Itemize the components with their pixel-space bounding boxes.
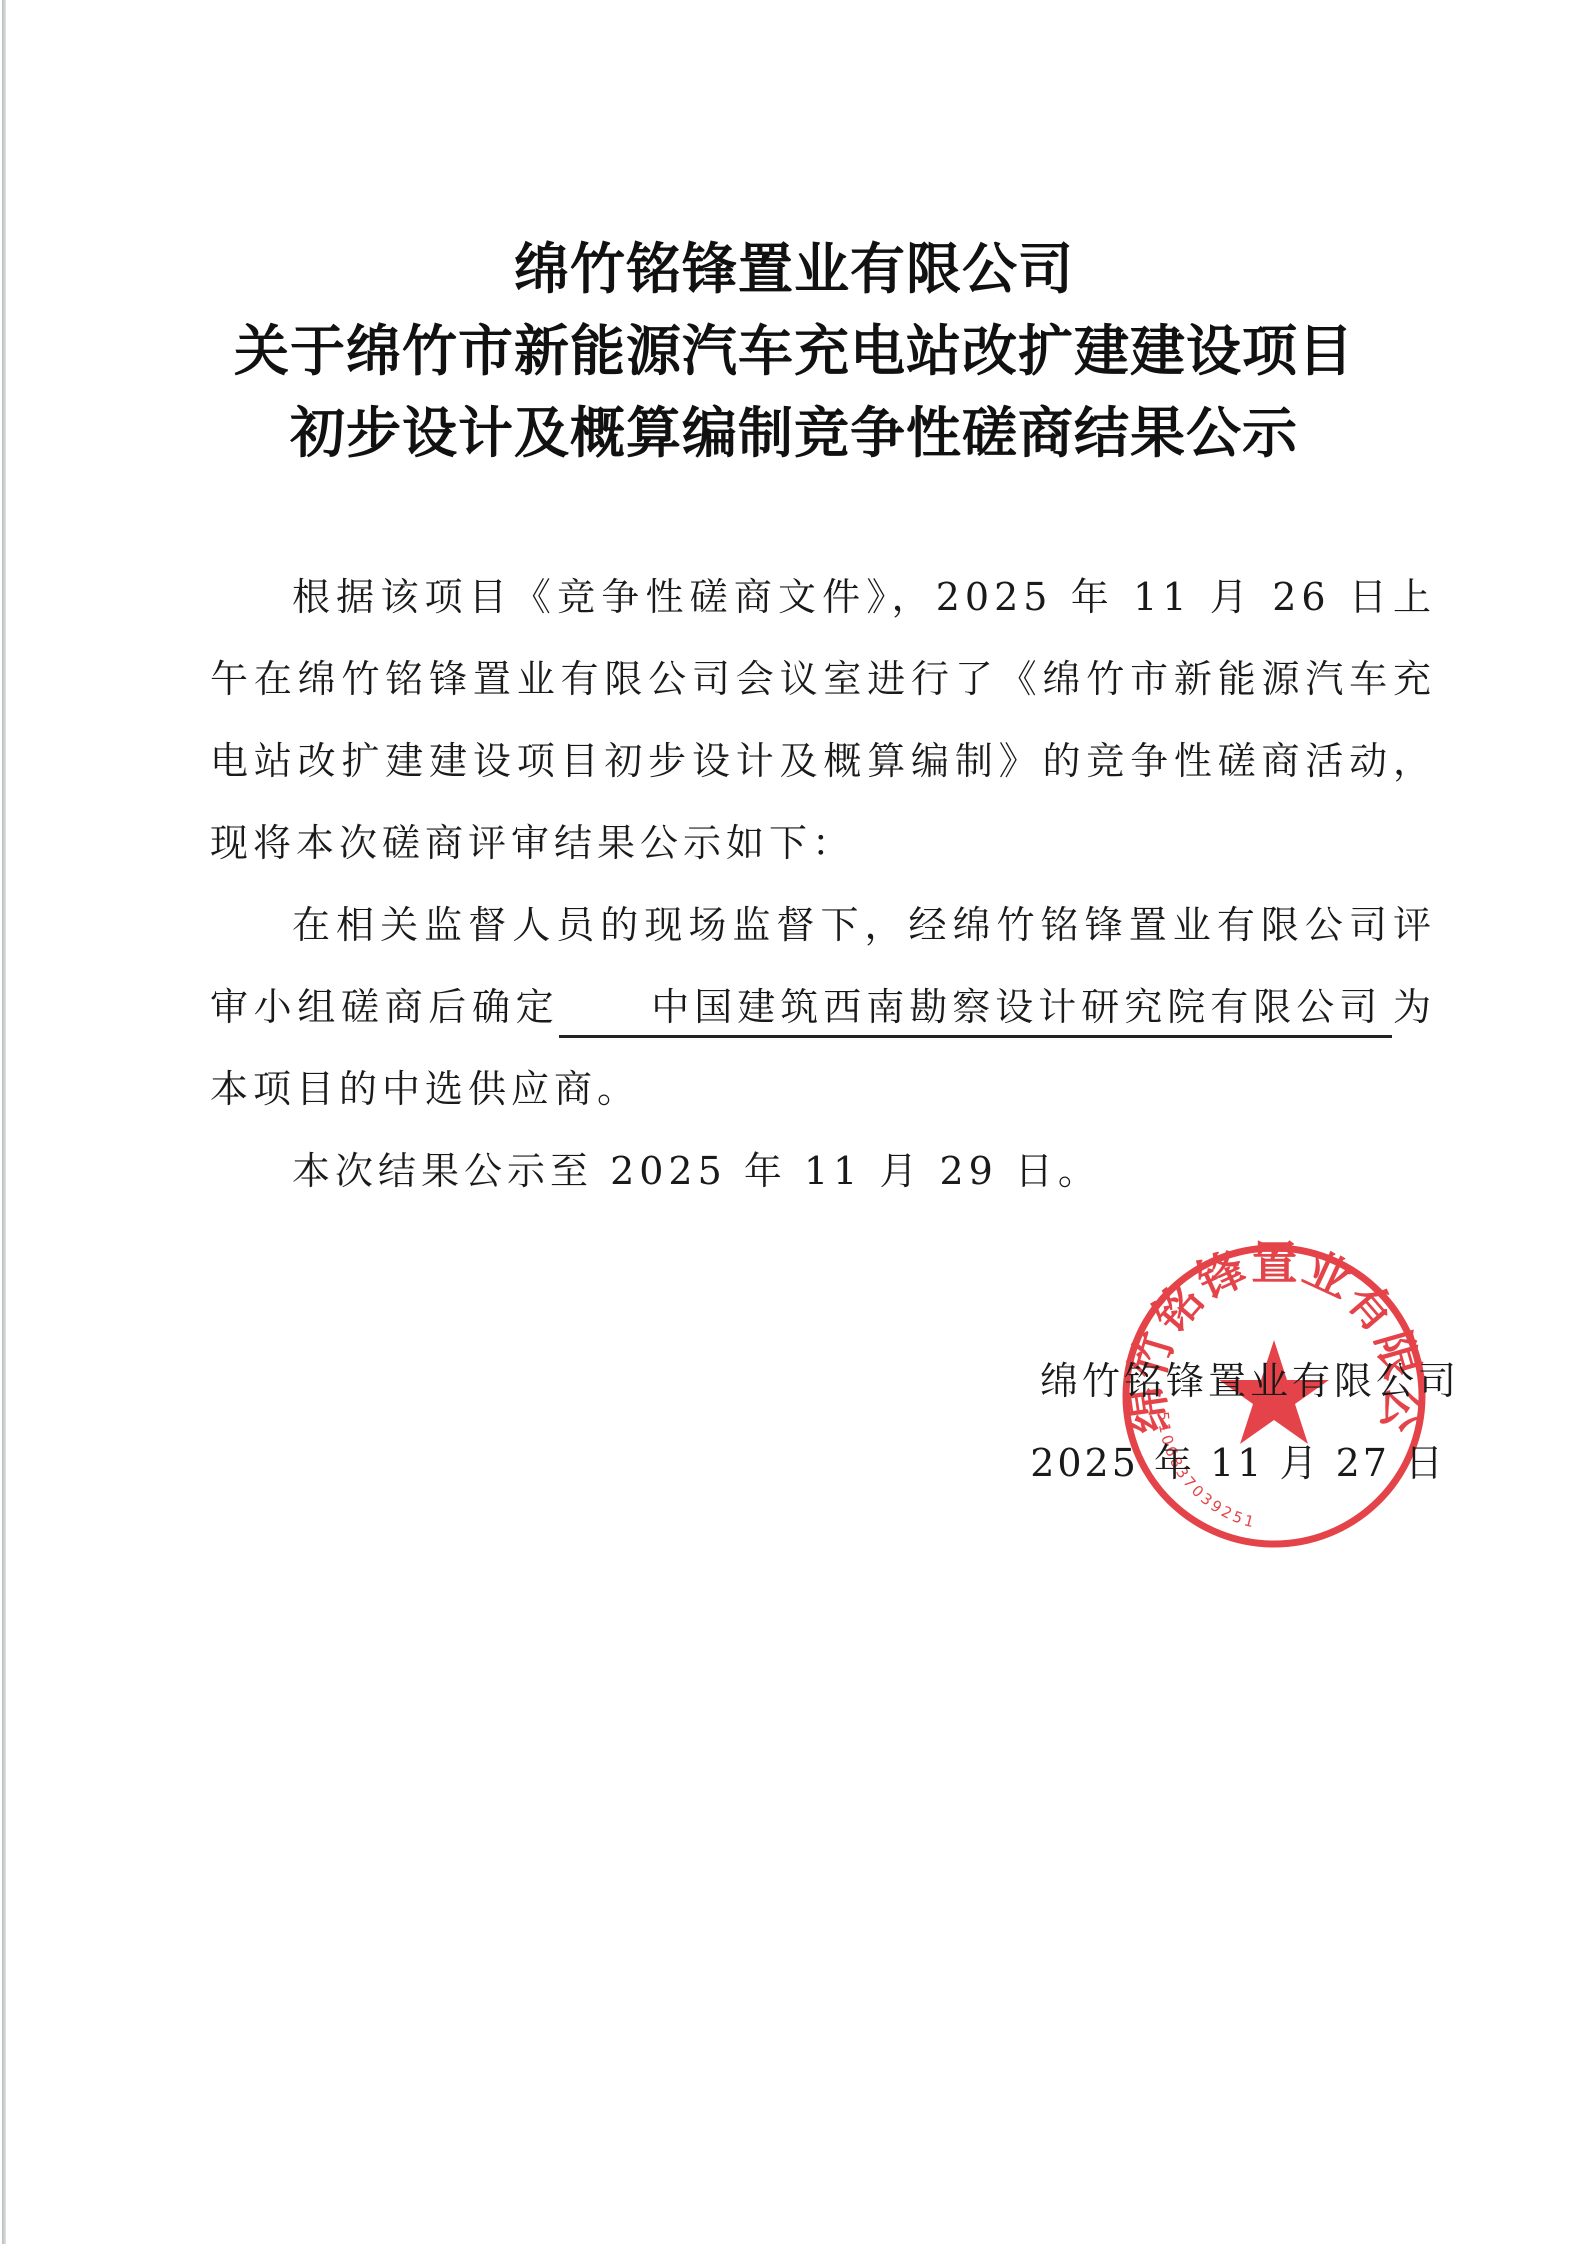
title-line-project: 关于绵竹市新能源汽车充电站改扩建建设项目 (0, 310, 1588, 392)
paragraph-result: 在相关监督人员的现场监督下，经绵竹铭锋置业有限公司评审小组磋商后确定中国建筑西南… (210, 884, 1436, 1130)
document-body: 根据该项目《竞争性磋商文件》，2025 年 11 月 26 日上午在绵竹铭锋置业… (210, 556, 1436, 1212)
paragraph-publicity-period: 本次结果公示至 2025 年 11 月 29 日。 (210, 1130, 1436, 1212)
title-line-company: 绵竹铭锋置业有限公司 (0, 228, 1588, 310)
signature-date: 2025 年 11 月 27 日 (1020, 1422, 1460, 1504)
selected-supplier: 中国建筑西南勘察设计研究院有限公司 (559, 979, 1392, 1038)
document-title: 绵竹铭锋置业有限公司 关于绵竹市新能源汽车充电站改扩建建设项目 初步设计及概算编… (0, 228, 1588, 474)
document-page: 绵竹铭锋置业有限公司 关于绵竹市新能源汽车充电站改扩建建设项目 初步设计及概算编… (0, 0, 1588, 2244)
signature-company: 绵竹铭锋置业有限公司 (1020, 1340, 1460, 1422)
title-line-subject: 初步设计及概算编制竞争性磋商结果公示 (0, 392, 1588, 474)
signature-block: 绵竹铭锋置业有限公司 2025 年 11 月 27 日 (1020, 1340, 1460, 1504)
paragraph-intro: 根据该项目《竞争性磋商文件》，2025 年 11 月 26 日上午在绵竹铭锋置业… (210, 556, 1436, 884)
